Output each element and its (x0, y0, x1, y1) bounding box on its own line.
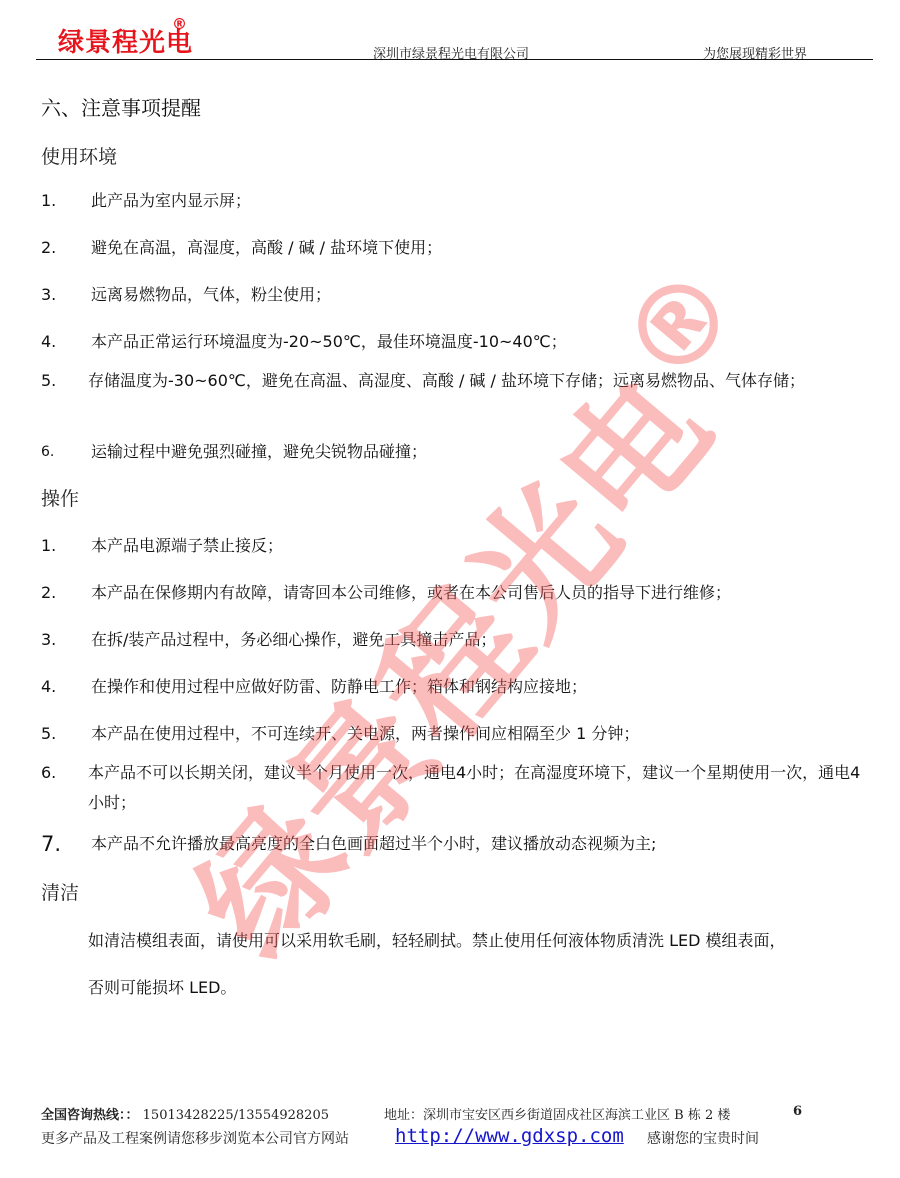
header-divider (36, 59, 873, 60)
footer-thanks: 感谢您的宝贵时间 (647, 1128, 759, 1148)
list-number: 5. (41, 719, 56, 749)
section-title: 六、注意事项提醒 (41, 92, 201, 121)
address-label: 地址： (384, 1108, 423, 1123)
list-text: 本产品不可以长期关闭，建议半个月使用一次，通电4小时；在高湿度环境下，建议一个星… (88, 758, 868, 818)
list-number: 1. (41, 531, 56, 561)
list-text: 本产品电源端子禁止接反； (91, 531, 871, 561)
list-text: 运输过程中避免强烈碰撞，避免尖锐物品碰撞； (91, 437, 871, 467)
list-number: 6. (41, 758, 56, 788)
page-number: 6 (793, 1104, 802, 1119)
cleaning-paragraph-line2: 否则可能损坏 LED。 (88, 975, 878, 998)
list-text: 避免在高温，高湿度，高酸 / 碱 / 盐环境下使用； (91, 233, 871, 263)
footer-address-block: 地址：深圳市宝安区西乡街道固戍社区海滨工业区 B 栋 2 楼 (384, 1104, 730, 1123)
list-text: 远离易燃物品，气体，粉尘使用； (91, 280, 871, 310)
list-text: 本产品不允许播放最高亮度的全白色画面超过半个小时，建议播放动态视频为主; (91, 829, 871, 859)
heading-environment: 使用环境 (41, 142, 117, 169)
website-link[interactable]: http://www.gdxsp.com (395, 1125, 624, 1147)
footer-contact: 全国咨询热线：： 15013428225/13554928205 地址：深圳市宝… (41, 1104, 329, 1123)
page-header: 绿景程光电 ® 深圳市绿景程光电有限公司 为您展现精彩世界 (0, 0, 900, 62)
list-item: 5. 存储温度为-30~60℃，避免在高温、高湿度、高酸 / 碱 / 盐环境下存… (41, 366, 871, 428)
heading-operation: 操作 (41, 484, 79, 511)
hotline-label: 全国咨询热线：： (41, 1108, 139, 1123)
list-number: 5. (41, 366, 56, 396)
list-text: 在操作和使用过程中应做好防雷、防静电工作；箱体和钢结构应接地； (91, 672, 871, 702)
cleaning-paragraph-line1: 如清洁模组表面，请使用可以采用软毛刷，轻轻刷拭。禁止使用任何液体物质清洗 LED… (88, 928, 878, 951)
list-text: 在拆/装产品过程中，务必细心操作，避免工具撞击产品； (91, 625, 871, 655)
list-text: 存储温度为-30~60℃，避免在高温、高湿度、高酸 / 碱 / 盐环境下存储；远… (88, 366, 868, 396)
list-number: 7. (41, 829, 61, 859)
list-item: 6. 本产品不可以长期关闭，建议半个月使用一次，通电4小时；在高湿度环境下，建议… (41, 758, 871, 820)
registered-mark-icon: ® (172, 15, 187, 33)
list-number: 2. (41, 578, 56, 608)
list-number: 3. (41, 625, 56, 655)
address-text: 深圳市宝安区西乡街道固戍社区海滨工业区 B 栋 2 楼 (423, 1108, 730, 1123)
list-number: 1. (41, 186, 56, 216)
footer-more-text: 更多产品及工程案例请您移步浏览本公司官方网站 (41, 1128, 349, 1148)
list-text: 本产品正常运行环境温度为-20~50℃，最佳环境温度-10~40℃； (91, 327, 871, 357)
hotline-number: 15013428225/13554928205 (143, 1108, 329, 1123)
list-number: 4. (41, 672, 56, 702)
list-number: 4. (41, 327, 56, 357)
list-text: 此产品为室内显示屏； (91, 186, 871, 216)
list-text: 本产品在使用过程中，不可连续开、关电源，两者操作间应相隔至少 1 分钟； (91, 719, 871, 749)
list-text: 本产品在保修期内有故障，请寄回本公司维修，或者在本公司售后人员的指导下进行维修； (91, 578, 871, 608)
list-number: 6. (41, 437, 54, 467)
list-number: 3. (41, 280, 56, 310)
list-number: 2. (41, 233, 56, 263)
heading-cleaning: 清洁 (41, 878, 79, 905)
